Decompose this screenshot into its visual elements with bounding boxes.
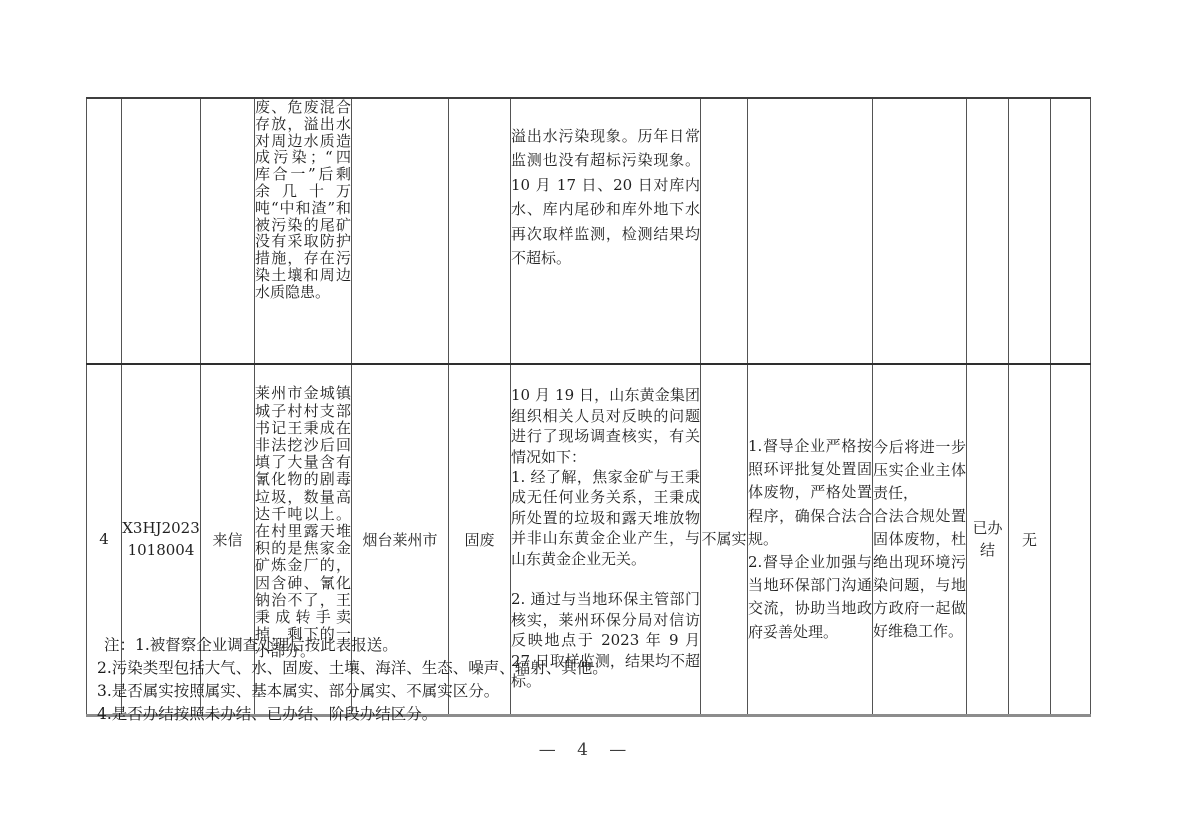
cell-empty: [352, 98, 449, 364]
note-line: 注：1.被督察企业调查处理后按此表报送。: [97, 634, 608, 657]
cell-empty: [201, 98, 255, 364]
cell-validity: 不属实: [701, 364, 748, 715]
cell-empty: [748, 98, 873, 364]
note-line: 2.污染类型包括大气、水、固废、土壤、海洋、生态、噪声、辐射、其他。: [97, 657, 608, 680]
cell-empty: [87, 98, 122, 364]
verification-text: 溢出水污染现象。历年日常监测也没有超标污染现象。10 月 17 日、20 日对库…: [511, 124, 700, 339]
cell-empty: [873, 98, 967, 364]
cell-rectification: 今后将进一步压实企业主体责任， 合法合规处置固体废物，杜绝出现环境污染问题，与地…: [873, 364, 967, 715]
cell-empty: [1051, 98, 1091, 364]
table-notes: 注：1.被督察企业调查处理后按此表报送。 2.污染类型包括大气、水、固废、土壤、…: [97, 634, 608, 726]
cell-empty: [1051, 364, 1091, 715]
cell-empty: [122, 98, 201, 364]
cell-empty: [449, 98, 511, 364]
page-number: — 4 —: [0, 740, 1166, 760]
cell-complaint-content: 废、危废混合存放，溢出水对周边水质造成污染；“四库合一”后剩余几十万吨“中和渣”…: [255, 98, 352, 364]
cell-empty: [1009, 98, 1051, 364]
cell-verification: 溢出水污染现象。历年日常监测也没有超标污染现象。10 月 17 日、20 日对库…: [511, 98, 701, 364]
table-row-continued: 废、危废混合存放，溢出水对周边水质造成污染；“四库合一”后剩余几十万吨“中和渣”…: [87, 98, 1091, 364]
note-line: 3.是否属实按照属实、基本属实、部分属实、不属实区分。: [97, 680, 608, 703]
cell-accountability: 无: [1009, 364, 1051, 715]
document-page: 废、危废混合存放，溢出水对周边水质造成污染；“四库合一”后剩余几十万吨“中和渣”…: [0, 0, 1179, 833]
note-line: 4.是否办结按照未办结、已办结、阶段办结区分。: [97, 703, 608, 726]
cell-empty: [967, 98, 1009, 364]
complaint-content-text: 废、危废混合存放，溢出水对周边水质造成污染；“四库合一”后剩余几十万吨“中和渣”…: [255, 99, 351, 314]
cell-completion-status: 已办结: [967, 364, 1009, 715]
complaint-handling-table: 废、危废混合存放，溢出水对周边水质造成污染；“四库合一”后剩余几十万吨“中和渣”…: [86, 97, 1091, 717]
cell-handling-measures: 1.督导企业严格按照环评批复处置固体废物，严格处置程序，确保合法合规。 2.督导…: [748, 364, 873, 715]
cell-empty: [701, 98, 748, 364]
